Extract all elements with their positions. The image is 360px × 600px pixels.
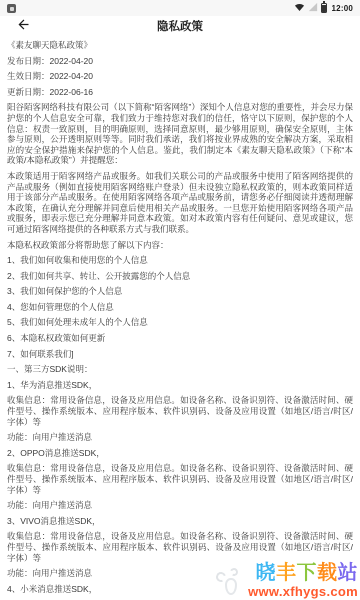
wifi-icon xyxy=(294,0,305,17)
back-arrow-icon xyxy=(16,17,31,35)
sdk-collect-info: 收集信息：常用设备信息，设备及应用信息。如设备名称、设备识别符、设备激活时间、硬… xyxy=(7,531,353,563)
toc-heading: 本隐私权政策部分将帮助您了解以下内容： xyxy=(7,240,353,251)
notification-icon xyxy=(7,4,16,13)
toc-item: 2、我们如何共享、转让、公开披露您的个人信息 xyxy=(7,271,353,282)
page-title: 隐私政策 xyxy=(0,18,360,34)
toc-item: 6、本隐私权政策如何更新 xyxy=(7,333,353,344)
app-screen: 12:00 隐私政策 《素友聊天隐私政策》 发布日期：2022-04-20 生效… xyxy=(0,0,360,600)
signal-off-icon xyxy=(308,0,318,17)
sdk-item-name: 4、小米消息推送SDK， xyxy=(7,584,353,595)
header: 隐私政策 xyxy=(0,16,360,36)
toc-item: 4、您如何管理您的个人信息 xyxy=(7,302,353,313)
sdk-collect-info: 收集信息：常用设备信息，设备及应用信息。如设备名称、设备识别符、设备激活时间、硬… xyxy=(7,463,353,495)
battery-icon xyxy=(321,3,327,13)
sdk-heading: 一、第三方SDK说明： xyxy=(7,364,353,375)
policy-paragraph: 本政策适用于陌客网络产品或服务。如我们关联公司的产品或服务中使用了陌客网络提供的… xyxy=(7,171,353,235)
toc-item: 7、如何联系我们] xyxy=(7,349,353,360)
sdk-item-name: 1、华为消息推送SDK， xyxy=(7,380,353,391)
status-time: 12:00 xyxy=(332,4,353,13)
sdk-function: 功能：向用户推送消息 xyxy=(7,500,353,511)
publish-date: 发布日期：2022-04-20 xyxy=(7,56,353,67)
status-bar: 12:00 xyxy=(0,0,360,16)
sdk-collect-info: 收集信息：常用设备信息，设备及应用信息。如设备名称、设备识别符、设备激活时间、硬… xyxy=(7,395,353,427)
sdk-function: 功能：向用户推送消息 xyxy=(7,568,353,579)
toc-item: 5、我们如何处理未成年人的个人信息 xyxy=(7,317,353,328)
effective-date: 生效日期：2022-04-20 xyxy=(7,71,353,82)
back-button[interactable] xyxy=(13,17,33,35)
update-date: 更新日期：2022-06-16 xyxy=(7,87,353,98)
toc-item: 3、我们如何保护您的个人信息 xyxy=(7,286,353,297)
toc-item: 1、我们如何收集和使用您的个人信息 xyxy=(7,255,353,266)
sdk-item-name: 3、VIVO消息推送SDK， xyxy=(7,516,353,527)
sdk-item-name: 2、OPPO消息推送SDK， xyxy=(7,448,353,459)
policy-content[interactable]: 《素友聊天隐私政策》 发布日期：2022-04-20 生效日期：2022-04-… xyxy=(0,36,360,594)
sdk-function: 功能：向用户推送消息 xyxy=(7,432,353,443)
policy-doc-title: 《素友聊天隐私政策》 xyxy=(7,40,353,51)
policy-paragraph: 阳谷陌客网络科技有限公司（以下简称“陌客网络”）深知个人信息对您的重要性，并会尽… xyxy=(7,102,353,166)
